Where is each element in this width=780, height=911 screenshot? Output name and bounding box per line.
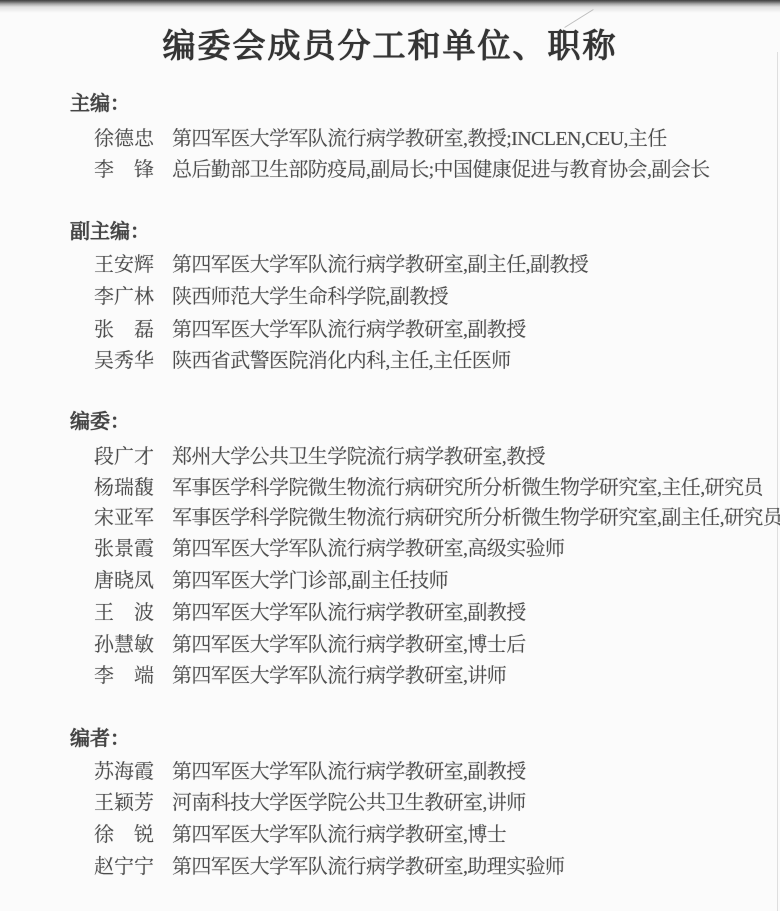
member-name: 段广才	[94, 444, 158, 470]
member-row: 王颖芳 河南科技大学医学院公共卫生教研室,讲师	[94, 790, 526, 816]
scan-top-edge-artifact	[0, 0, 780, 14]
member-row: 李 端 第四军医大学军队流行病学教研室,讲师	[94, 663, 506, 689]
member-name: 李 端	[94, 663, 158, 689]
member-name: 张景霞	[94, 536, 158, 562]
member-name: 张 磊	[94, 317, 158, 343]
member-name: 杨瑞馥	[94, 475, 158, 501]
member-affiliation: 郑州大学公共卫生学院流行病学教研室,教授	[172, 444, 545, 470]
member-name: 孙慧敏	[94, 632, 158, 658]
member-row: 张 磊 第四军医大学军队流行病学教研室,副教授	[94, 317, 526, 343]
section-heading-chief-editor: 主编：	[70, 91, 130, 117]
member-affiliation: 陕西师范大学生命科学院,副教授	[172, 284, 448, 310]
member-name: 李广林	[94, 284, 158, 310]
member-affiliation: 第四军医大学军队流行病学教研室,教授;INCLEN,CEU,主任	[172, 126, 667, 152]
member-affiliation: 军事医学科学院微生物流行病研究所分析微生物学研究室,主任,研究员	[172, 475, 763, 501]
member-affiliation: 河南科技大学医学院公共卫生教研室,讲师	[172, 790, 526, 816]
member-affiliation: 陕西省武警医院消化内科,主任,主任医师	[172, 348, 511, 374]
member-affiliation: 总后勤部卫生部防疫局,副局长;中国健康促进与教育协会,副会长	[172, 157, 710, 183]
member-name: 王安辉	[94, 252, 158, 278]
member-affiliation: 第四军医大学门诊部,副主任技师	[172, 568, 448, 594]
member-row: 杨瑞馥 军事医学科学院微生物流行病研究所分析微生物学研究室,主任,研究员	[94, 475, 763, 501]
member-name: 王颖芳	[94, 790, 158, 816]
member-row: 孙慧敏 第四军医大学军队流行病学教研室,博士后	[94, 632, 526, 658]
member-row: 唐晓凤 第四军医大学门诊部,副主任技师	[94, 568, 448, 594]
member-row: 苏海霞 第四军医大学军队流行病学教研室,副教授	[94, 759, 526, 785]
section-heading-deputy-chief-editor: 副主编：	[70, 219, 150, 245]
member-name: 徐 锐	[94, 822, 158, 848]
member-name: 赵宁宁	[94, 854, 158, 880]
member-row: 李 锋 总后勤部卫生部防疫局,副局长;中国健康促进与教育协会,副会长	[94, 157, 710, 183]
member-affiliation: 第四军医大学军队流行病学教研室,高级实验师	[172, 536, 564, 562]
member-name: 王 波	[94, 600, 158, 626]
scanned-document-page: 编委会成员分工和单位、职称 主编： 徐德忠 第四军医大学军队流行病学教研室,教授…	[0, 0, 780, 911]
member-row: 赵宁宁 第四军医大学军队流行病学教研室,助理实验师	[94, 854, 564, 880]
member-row: 吴秀华 陕西省武警医院消化内科,主任,主任医师	[94, 348, 511, 374]
member-affiliation: 第四军医大学军队流行病学教研室,博士	[172, 822, 506, 848]
member-affiliation: 第四军医大学军队流行病学教研室,副主任,副教授	[172, 252, 588, 278]
member-row: 李广林 陕西师范大学生命科学院,副教授	[94, 284, 448, 310]
member-affiliation: 第四军医大学军队流行病学教研室,副教授	[172, 600, 526, 626]
member-row: 王安辉 第四军医大学军队流行病学教研室,副主任,副教授	[94, 252, 588, 278]
member-name: 唐晓凤	[94, 568, 158, 594]
member-row: 宋亚军 军事医学科学院微生物流行病研究所分析微生物学研究室,副主任,研究员	[94, 505, 780, 531]
member-affiliation: 第四军医大学军队流行病学教研室,副教授	[172, 317, 526, 343]
member-name: 苏海霞	[94, 759, 158, 785]
member-name: 吴秀华	[94, 348, 158, 374]
member-name: 李 锋	[94, 157, 158, 183]
page-title: 编委会成员分工和单位、职称	[0, 20, 780, 67]
scan-right-edge-artifact	[777, 52, 778, 911]
member-affiliation: 军事医学科学院微生物流行病研究所分析微生物学研究室,副主任,研究员	[172, 505, 780, 531]
section-heading-editorial-board: 编委：	[70, 409, 130, 435]
member-row: 徐 锐 第四军医大学军队流行病学教研室,博士	[94, 822, 506, 848]
member-affiliation: 第四军医大学军队流行病学教研室,副教授	[172, 759, 526, 785]
member-row: 王 波 第四军医大学军队流行病学教研室,副教授	[94, 600, 526, 626]
member-affiliation: 第四军医大学军队流行病学教研室,博士后	[172, 632, 526, 658]
member-affiliation: 第四军医大学军队流行病学教研室,助理实验师	[172, 854, 564, 880]
member-row: 段广才 郑州大学公共卫生学院流行病学教研室,教授	[94, 444, 545, 470]
member-row: 徐德忠 第四军医大学军队流行病学教研室,教授;INCLEN,CEU,主任	[94, 126, 667, 152]
section-heading-contributors: 编者：	[70, 726, 130, 752]
member-name: 徐德忠	[94, 126, 158, 152]
member-affiliation: 第四军医大学军队流行病学教研室,讲师	[172, 663, 506, 689]
member-row: 张景霞 第四军医大学军队流行病学教研室,高级实验师	[94, 536, 564, 562]
member-name: 宋亚军	[94, 505, 158, 531]
